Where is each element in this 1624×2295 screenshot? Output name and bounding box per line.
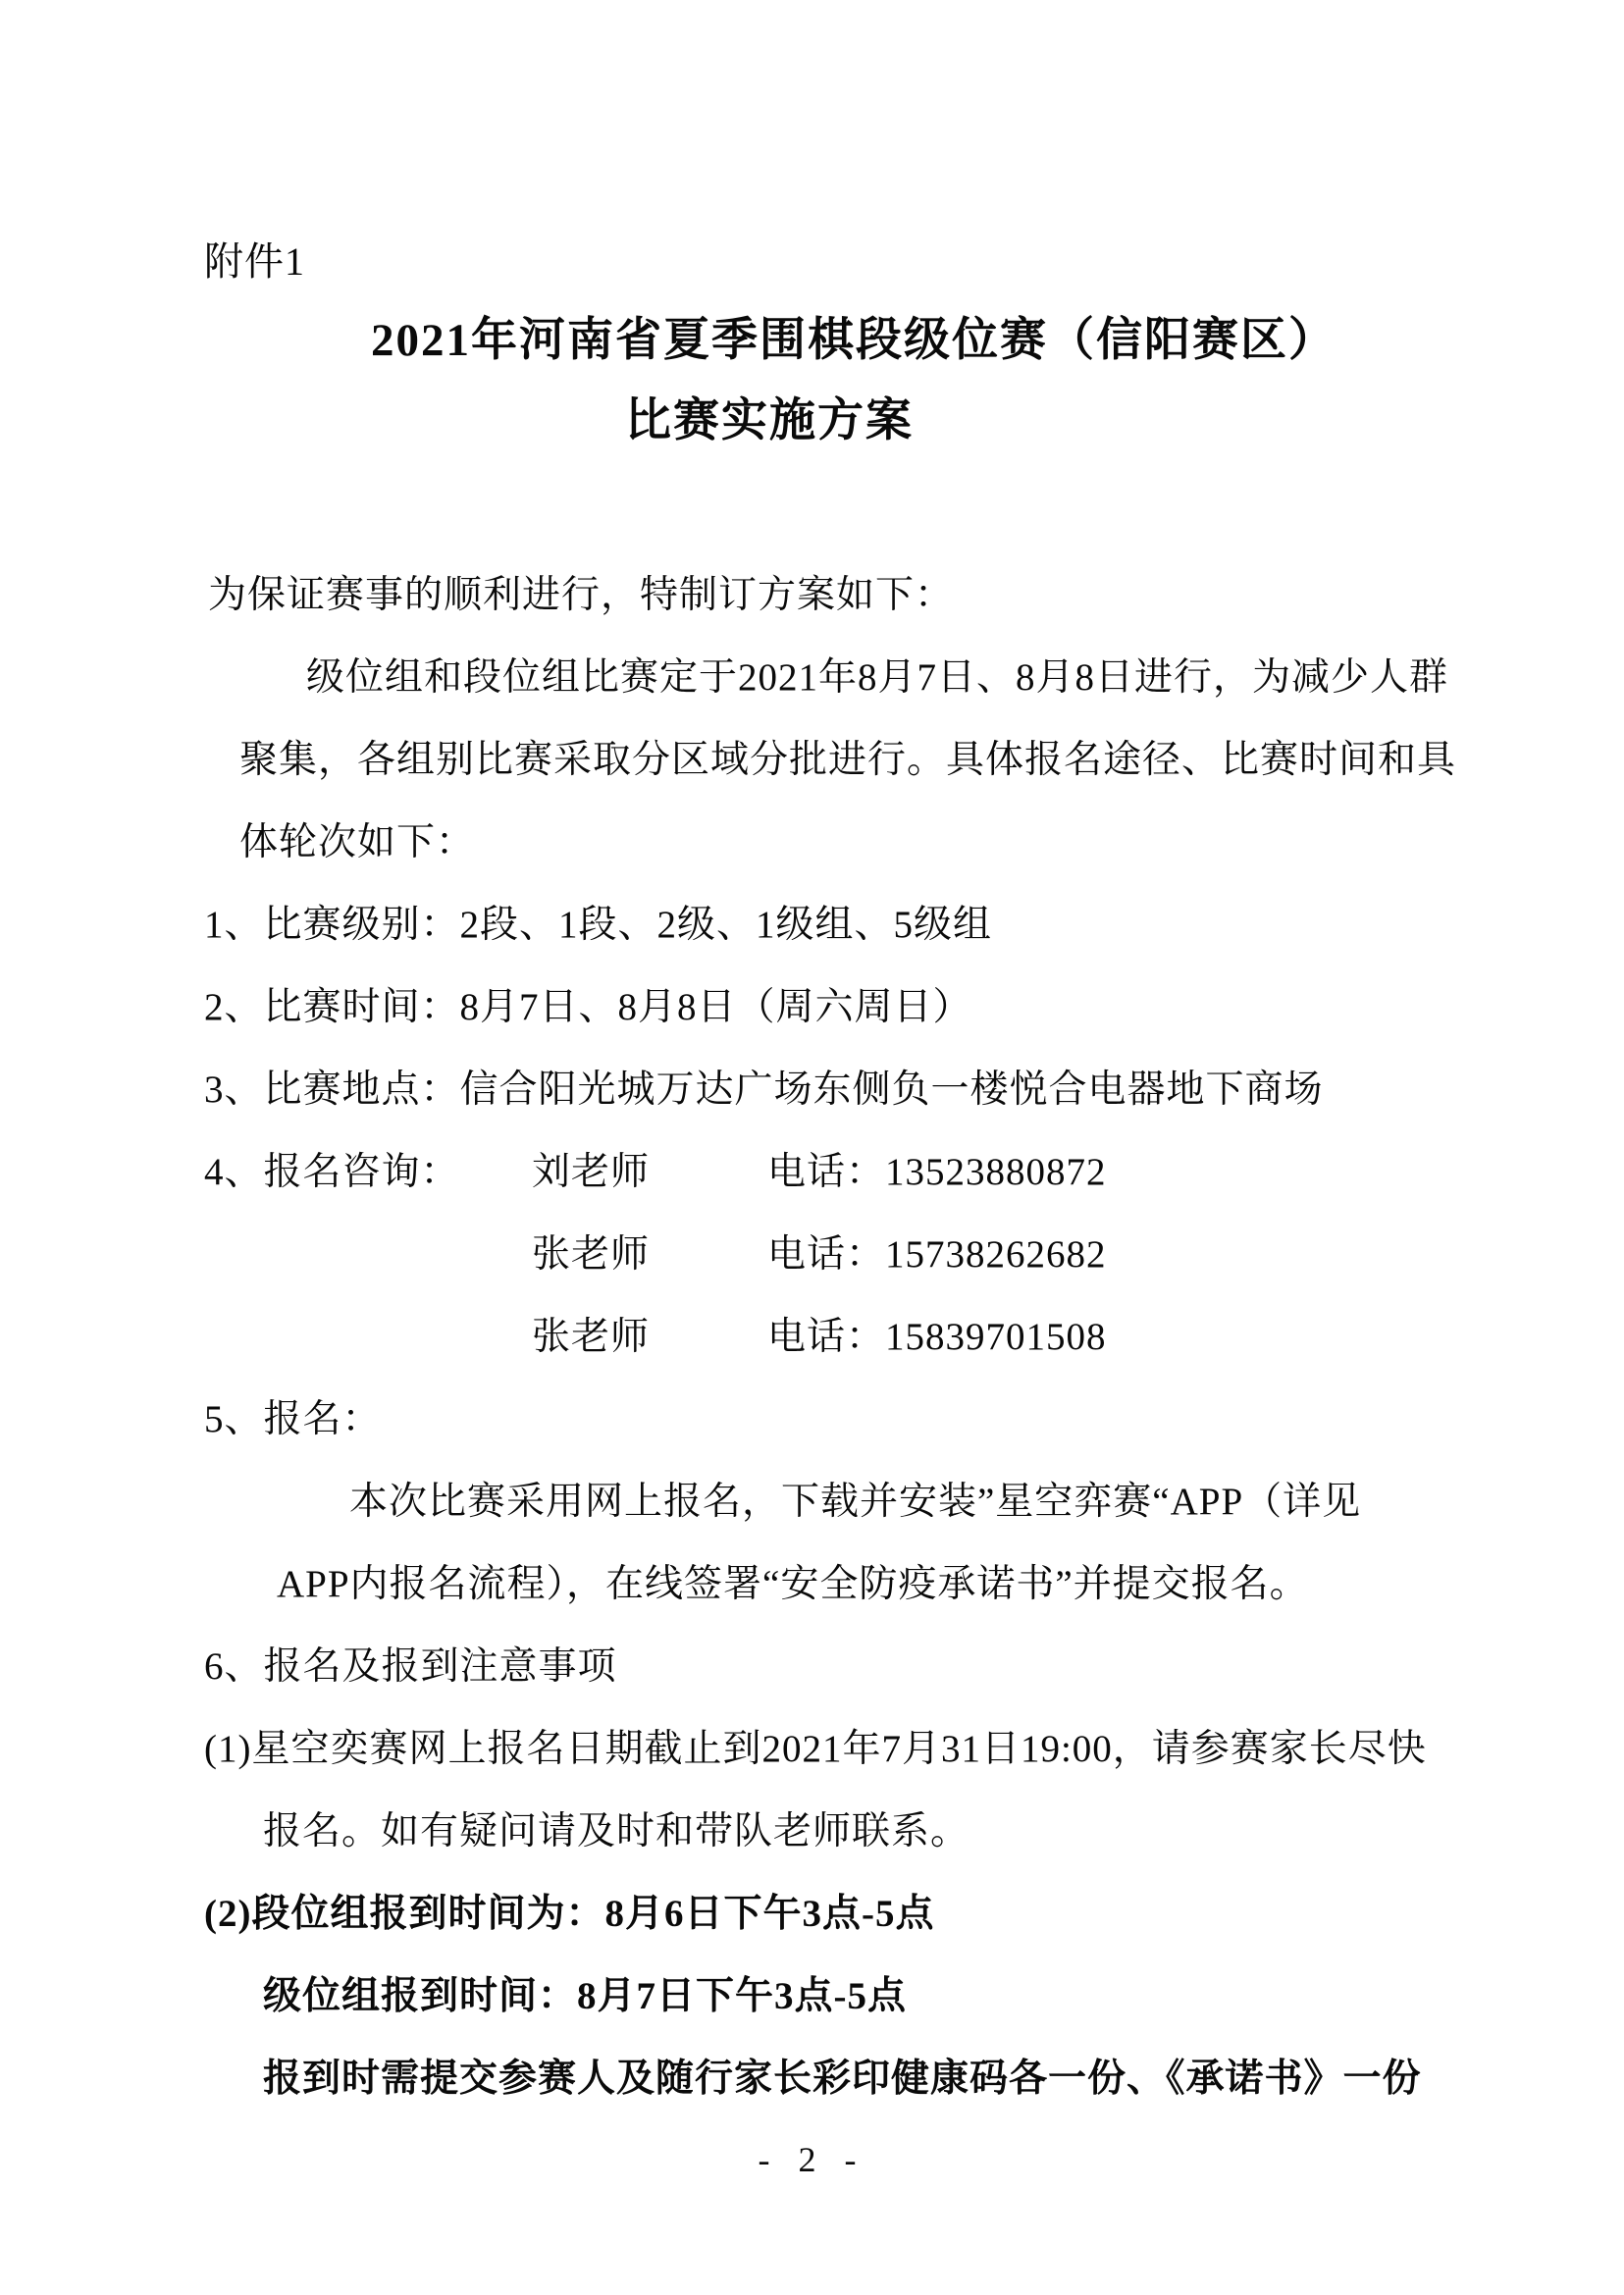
- paragraph-line-1: 级位组和段位组比赛定于2021年8月7日、8月8日进行，为减少人群: [306, 653, 1448, 703]
- document-title-line2: 比赛实施方案: [625, 396, 914, 445]
- registration-paragraph-line-1: 本次比赛采用网上报名，下载并安装”星空弈赛“APP（详见: [349, 1478, 1361, 1527]
- contact-phone: 电话：15839701508: [767, 1313, 1107, 1362]
- contact-name: 张老师: [532, 1313, 650, 1362]
- document-title-line1: 2021年河南省夏季围棋段级位赛（信阳赛区）: [371, 316, 1336, 365]
- note-1-line-1: (1)星空奕赛网上报名日期截止到2021年7月31日19:00，请参赛家长尽快: [204, 1725, 1427, 1774]
- intro-paragraph: 为保证赛事的顺利进行，特制订方案如下：: [208, 571, 954, 620]
- list-item-5-label: 5、报名：: [204, 1395, 382, 1444]
- note-2-line-2: 级位组报到时间：8月7日下午3点-5点: [263, 1972, 907, 2021]
- note-2-line-3: 报到时需提交参赛人及随行家长彩印健康码各一份、《承诺书》一份: [263, 2055, 1422, 2104]
- note-1-line-2: 报名。如有疑问请及时和带队老师联系。: [263, 1807, 969, 1856]
- paragraph-line-2: 聚集，各组别比赛采取分区域分批进行。具体报名途径、比赛时间和具: [239, 736, 1456, 785]
- list-item-6-label: 6、报名及报到注意事项: [204, 1643, 617, 1692]
- page-number: - 2 -: [0, 2135, 1624, 2184]
- contact-phone: 电话：15738262682: [767, 1230, 1107, 1279]
- paragraph-line-3: 体轮次如下：: [239, 818, 475, 867]
- contact-name: 张老师: [532, 1230, 650, 1279]
- note-2-line-1: (2)段位组报到时间为：8月6日下午3点-5点: [204, 1890, 934, 1939]
- attachment-label: 附件1: [204, 237, 305, 287]
- document-page: 附件1 2021年河南省夏季围棋段级位赛（信阳赛区） 比赛实施方案 为保证赛事的…: [0, 0, 1624, 2295]
- list-item-3-location: 3、比赛地点：信合阳光城万达广场东侧负一楼悦合电器地下商场: [204, 1066, 1324, 1115]
- registration-paragraph-line-2: APP内报名流程），在线签署“安全防疫承诺书”并提交报名。: [277, 1560, 1309, 1609]
- list-item-2-time: 2、比赛时间：8月7日、8月8日（周六周日）: [204, 983, 972, 1032]
- list-item-1-level: 1、比赛级别：2段、1段、2级、1级组、5级组: [204, 901, 992, 950]
- contact-name: 刘老师: [532, 1148, 650, 1197]
- list-item-4-label: 4、报名咨询：: [204, 1148, 460, 1197]
- contact-phone: 电话：13523880872: [767, 1148, 1107, 1197]
